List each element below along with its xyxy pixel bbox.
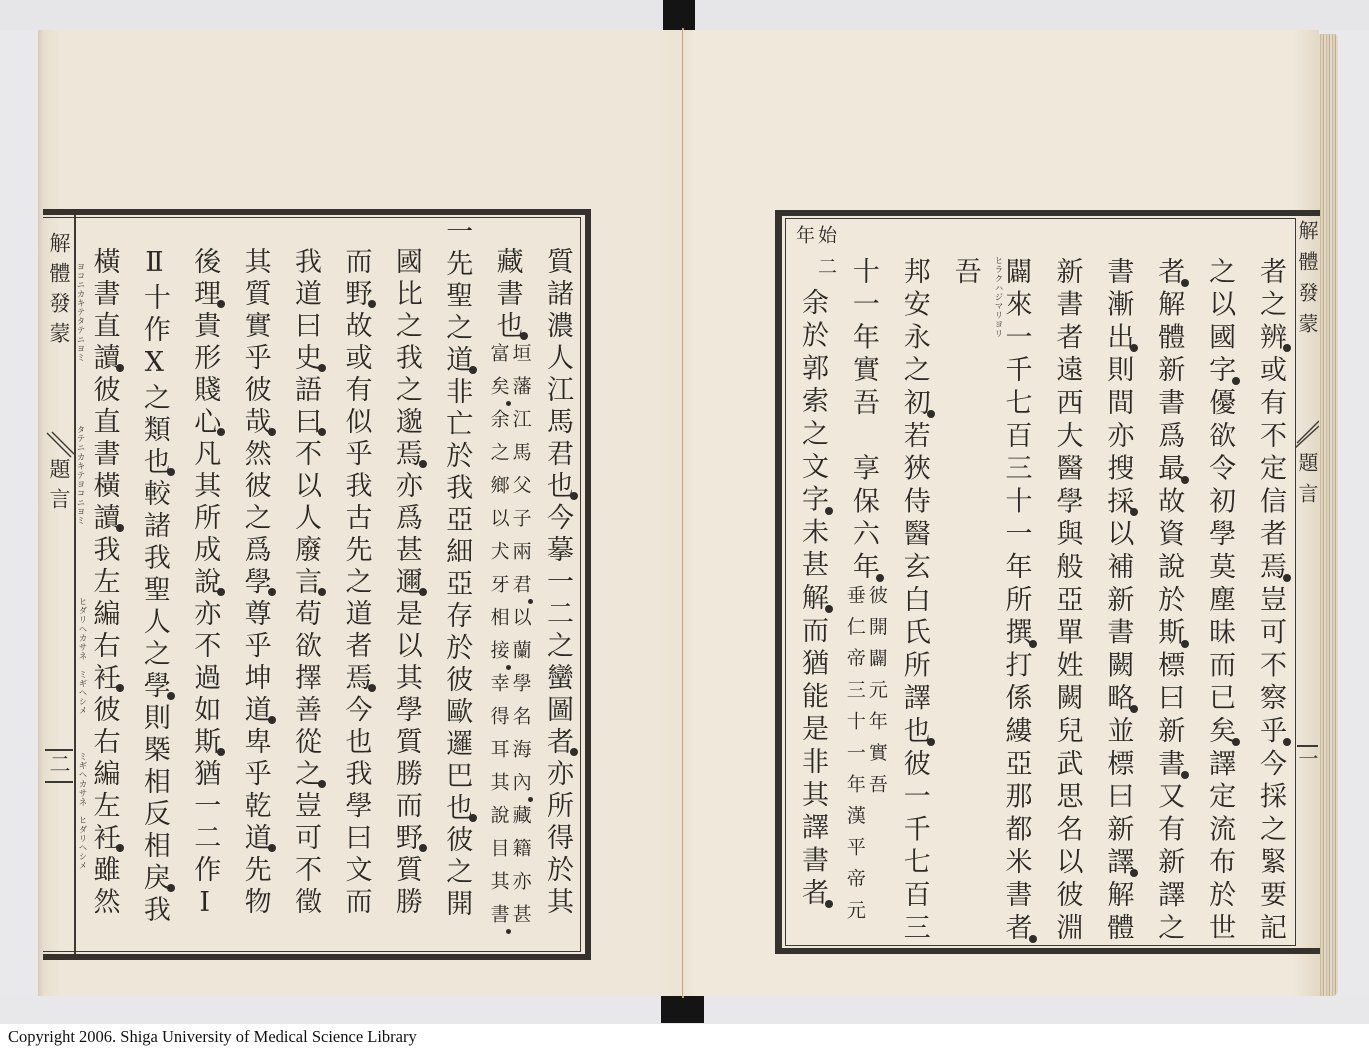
text-column: 其質實乎彼哉。然彼之爲學。尊乎坤道。卑乎乾道。先物: [229, 217, 279, 952]
note-line-left: 年: [793, 225, 815, 288]
text-column: 書漸出。則間亦搜採。以補新書闕略。並標曰新譯。解體: [1091, 217, 1142, 947]
interlinear-note: 始二年: [793, 225, 837, 288]
note-line-left: 垂仁帝三十一年漢平帝元: [844, 585, 866, 932]
column-main-text: 藏書也。: [492, 247, 523, 343]
text-column: 而野。故或有似乎我古先之道者焉。今也我學曰文而: [330, 217, 380, 952]
text-column: 質諸濃人江馬君也。今摹一二之蠻圖者。亦所得於其: [532, 217, 582, 952]
text-column: 一先聖之道。非亡於我亞細亞存於彼歐邏巴也。彼之開: [431, 217, 481, 952]
left-page-text-block: 質諸濃人江馬君也。今摹一二之蠻圖者。亦所得於其 藏書也。垣藩江馬父子兩君。以蘭學…: [78, 217, 582, 952]
note-line-left: 富矣。余之鄉以犬牙相接。幸得耳其說目其書。: [488, 343, 510, 937]
text-column: 之以國字。優欲令初學莫塵昧而已矣。譯定流布於世: [1193, 217, 1244, 947]
text-column: 者之辨。或有不定信者焉。豈可不察乎。今採之緊要記: [1244, 217, 1295, 947]
fishtail-mark-icon: [1295, 418, 1319, 450]
fishtail-mark-icon: [44, 430, 74, 460]
note-line-right: 始二: [815, 225, 837, 288]
katakana-gloss: ヨコニカキテタテニヨミ: [75, 262, 85, 362]
text-column: 十一年實吾 享保六年。彼開闢元年實吾垂仁帝三十一年漢平帝元: [837, 217, 888, 947]
right-margin-book-title: 解體發蒙: [1294, 220, 1320, 344]
katakana-gloss: ヒダリヘカサネ ミギヘシメ: [77, 597, 87, 715]
text-column: 邦安永之初。若狹侍醫玄白氏所譯也。彼一千七百三: [888, 217, 939, 947]
page-number-rule: [45, 749, 73, 751]
column-main-text: 十一年實吾 享保六年。: [848, 257, 879, 585]
column-main-text: 余於郭索之文字。未甚解。而猶能是非其譯書者。: [797, 288, 828, 911]
left-page-number: 二: [46, 753, 72, 774]
left-margin-book-title: 解體發蒙: [46, 232, 72, 352]
page-number-rule: [45, 781, 73, 783]
left-margin-section-title: 題言: [46, 458, 72, 518]
interlinear-note: 垣藩江馬父子兩君。以蘭學名海內。藏籍亦甚富矣。余之鄉以犬牙相接。幸得耳其說目其書…: [488, 343, 532, 937]
right-page-text-block: 者之辨。或有不定信者焉。豈可不察乎。今採之緊要記 之以國字。優欲令初學莫塵昧而已…: [786, 217, 1295, 947]
page-edges-stack: [1318, 34, 1338, 996]
text-column: 始二年余於郭索之文字。未甚解。而猶能是非其譯書者。: [786, 217, 837, 947]
note-line-right: 彼開闢元年實吾: [866, 585, 888, 932]
copyright-caption: Copyright 2006. Shiga University of Medi…: [8, 1027, 417, 1047]
note-line-right: 垣藩江馬父子兩君。以蘭學名海內。藏籍亦甚: [510, 343, 532, 937]
katakana-gloss: タテニカキテヨコニヨミ: [75, 425, 85, 525]
text-column: 國比之我之邈焉。亦爲甚邇。是以其學質勝而野。質勝: [380, 217, 430, 952]
katakana-gloss: ヒラクハジマリヨリ: [993, 256, 1003, 338]
right-page-number: 一: [1294, 748, 1320, 768]
text-column: Ⅱ十作Ⅹ之類也。較諸我聖人之學。則槩相反相戾。我: [128, 217, 178, 952]
text-column: 後理。貴形賤心。凡其所成說。亦不過如斯。猶一二作Ⅰ: [179, 217, 229, 952]
binding-tab-bottom: [661, 995, 704, 1023]
text-column: 新書者遠西大醫學與般亞單姓闕兒武思名以彼淵: [1041, 217, 1092, 947]
katakana-gloss: ミギヘカサネ ヒダリヘシメ: [77, 752, 87, 870]
text-column: 吾: [939, 217, 990, 947]
binding-tab-top: [663, 0, 695, 31]
right-margin-section-title: 題言: [1294, 452, 1320, 514]
page-number-rule: [1297, 745, 1318, 747]
interlinear-note: 彼開闢元年實吾垂仁帝三十一年漢平帝元: [844, 585, 888, 932]
text-column: 者。解體新書爲最。故資說於斯。標曰新書。又有新譯之: [1142, 217, 1193, 947]
text-column: 藏書也。垣藩江馬父子兩君。以蘭學名海內。藏籍亦甚富矣。余之鄉以犬牙相接。幸得耳其…: [481, 217, 531, 952]
text-column: 我道曰史。語曰。不以人廢言。苟欲擇善從之。豈可不徵: [280, 217, 330, 952]
